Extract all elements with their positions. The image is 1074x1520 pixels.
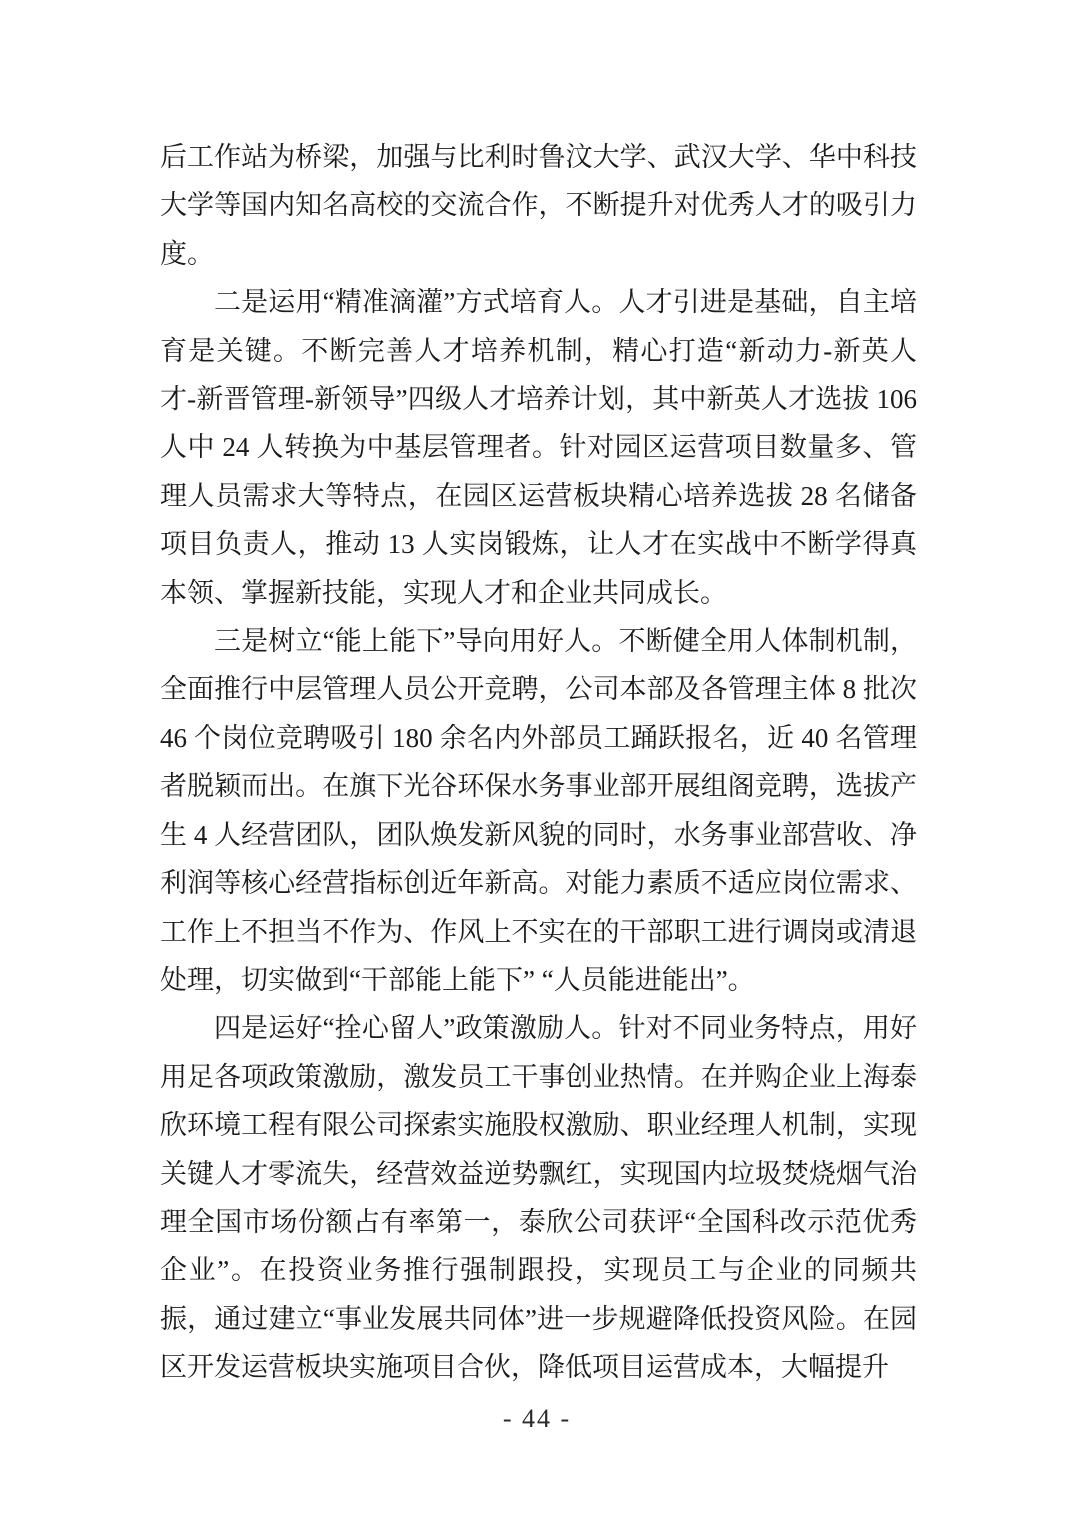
page-number: - 44 - [0, 1404, 1074, 1434]
document-page: 后工作站为桥梁，加强与比利时鲁汶大学、武汉大学、华中科技大学等国内知名高校的交流… [0, 0, 1074, 1520]
document-body: 后工作站为桥梁，加强与比利时鲁汶大学、武汉大学、华中科技大学等国内知名高校的交流… [160, 133, 917, 1392]
paragraph: 三是树立“能上能下”导向用好人。不断健全用人体制机制，全面推行中层管理人员公开竞… [160, 617, 917, 1004]
paragraph: 后工作站为桥梁，加强与比利时鲁汶大学、武汉大学、华中科技大学等国内知名高校的交流… [160, 133, 917, 278]
paragraph: 四是运好“拴心留人”政策激励人。针对不同业务特点，用好用足各项政策激励，激发员工… [160, 1004, 917, 1391]
paragraph: 二是运用“精准滴灌”方式培育人。人才引进是基础，自主培育是关键。不断完善人才培养… [160, 278, 917, 617]
